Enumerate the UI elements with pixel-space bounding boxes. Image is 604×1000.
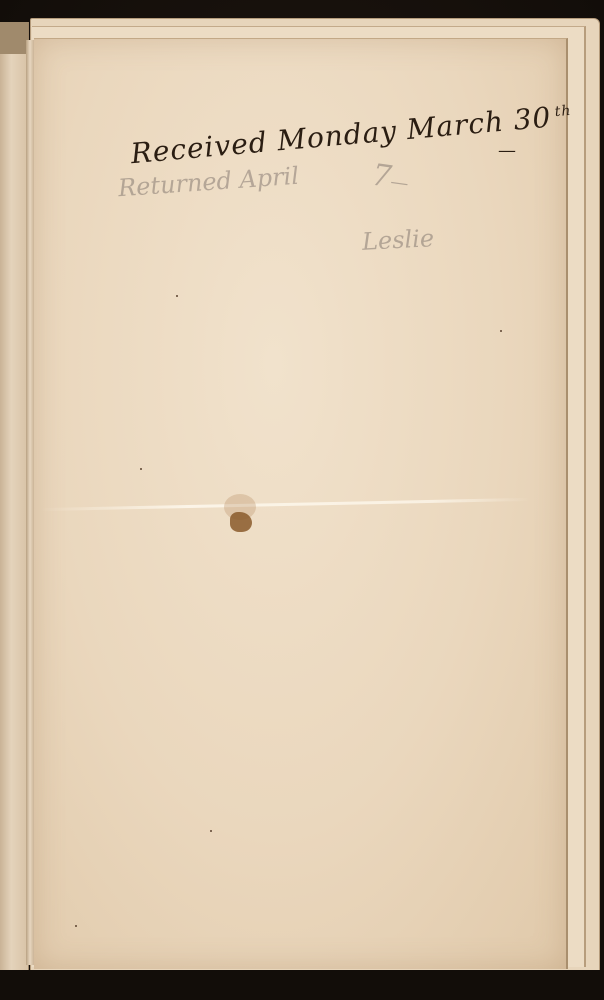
ink-dash: —	[498, 140, 516, 161]
pencil-date-number: 7—	[370, 158, 412, 198]
foxing-spot	[140, 468, 142, 470]
foxing-spot	[75, 925, 77, 927]
left-page-edge	[0, 22, 29, 972]
pencil-signature: Leslie	[361, 224, 434, 256]
pencil-dash: —	[389, 171, 410, 194]
ink-stain	[230, 512, 252, 532]
ordinal-suffix: th	[554, 102, 572, 119]
foxing-spot	[176, 295, 178, 297]
foxing-spot	[500, 330, 502, 332]
foxing-spot	[210, 830, 212, 832]
bottom-shadow	[0, 970, 604, 1000]
left-board-corner	[0, 22, 28, 54]
book-gutter	[26, 40, 34, 965]
